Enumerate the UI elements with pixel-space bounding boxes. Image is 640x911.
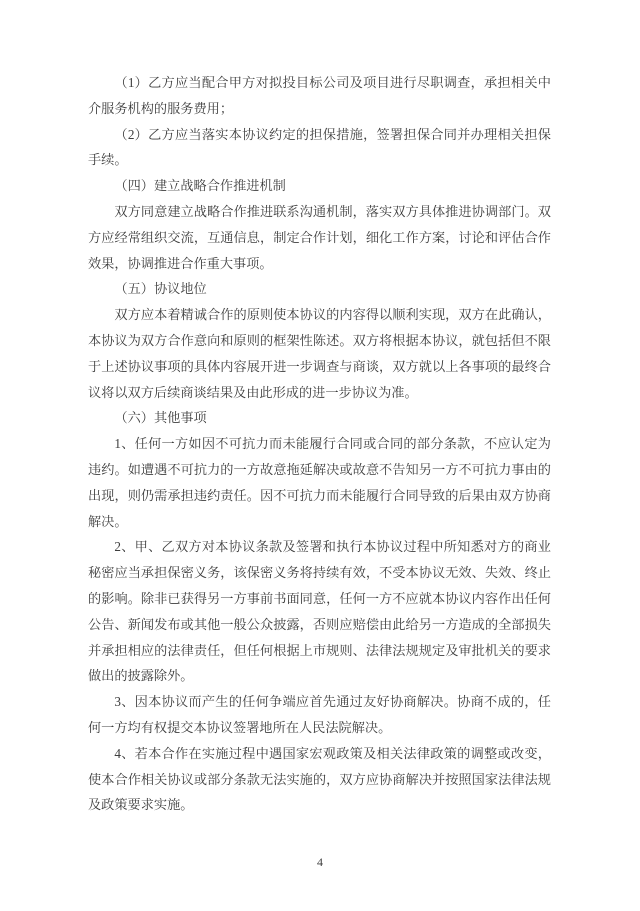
paragraph: （四）建立战略合作推进机制 (88, 173, 551, 199)
paragraph: 3、因本协议而产生的任何争端应首先通过友好协商解决。协商不成的，任何一方均有权提… (88, 689, 551, 741)
paragraph: （1）乙方应当配合甲方对拟投目标公司及项目进行尽职调查，承担相关中介服务机构的服… (88, 70, 551, 122)
paragraph: （2）乙方应当落实本协议约定的担保措施，签署担保合同并办理相关担保手续。 (88, 122, 551, 174)
paragraph: 2、甲、乙双方对本协议条款及签署和执行本协议过程中所知悉对方的商业秘密应当承担保… (88, 534, 551, 689)
paragraph: 双方同意建立战略合作推进联系沟通机制，落实双方具体推进协调部门。双方应经常组织交… (88, 199, 551, 276)
paragraph: （五）协议地位 (88, 276, 551, 302)
paragraph: （六）其他事项 (88, 405, 551, 431)
paragraph: 双方应本着精诚合作的原则使本协议的内容得以顺利实现，双方在此确认，本协议为双方合… (88, 302, 551, 405)
paragraph: 4、若本合作在实施过程中遇国家宏观政策及相关法律政策的调整或改变，使本合作相关协… (88, 741, 551, 818)
document-page: （1）乙方应当配合甲方对拟投目标公司及项目进行尽职调查，承担相关中介服务机构的服… (0, 0, 640, 911)
paragraph: 1、任何一方如因不可抗力而未能履行合同或合同的部分条款，不应认定为违约。如遭遇不… (88, 431, 551, 534)
page-number: 4 (0, 853, 640, 871)
document-body: （1）乙方应当配合甲方对拟投目标公司及项目进行尽职调查，承担相关中介服务机构的服… (88, 70, 551, 818)
